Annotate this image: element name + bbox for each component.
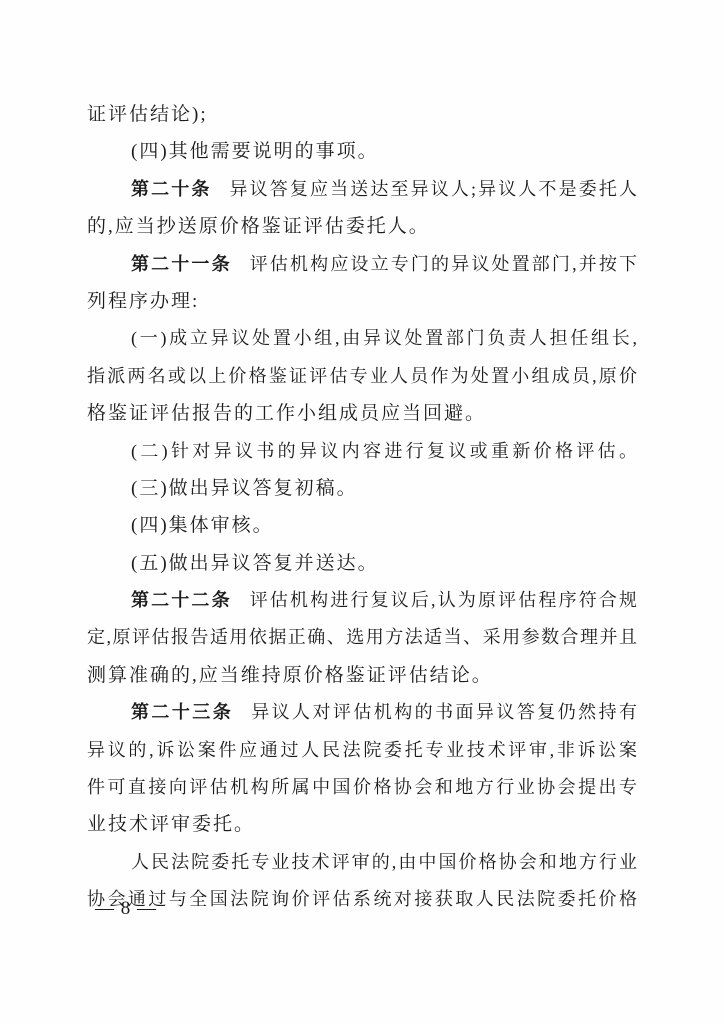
doc-line-text: 异议人对评估机构的书面异议答复仍然持有 (251, 702, 637, 722)
doc-line: 协会通过与全国法院询价评估系统对接获取人民法院委托价格 (87, 881, 637, 918)
doc-line: 证评估结论); (87, 96, 637, 133)
page-number: — 8 — (95, 894, 157, 924)
doc-line: 测算准确的,应当维持原价格鉴证评估结论。 (87, 657, 637, 694)
doc-line: (四)集体审核。 (87, 507, 637, 544)
document-body: 证评估结论); (四)其他需要说明的事项。 第二十条异议答复应当送达至异议人;异… (87, 96, 637, 919)
doc-line-article-20: 第二十条异议答复应当送达至异议人;异议人不是委托人 (87, 171, 637, 208)
document-page: 证评估结论); (四)其他需要说明的事项。 第二十条异议答复应当送达至异议人;异… (0, 0, 724, 1024)
doc-line: (一)成立异议处置小组,由异议处置部门负责人担任组长, (87, 320, 637, 357)
doc-line: (三)做出异议答复初稿。 (87, 470, 637, 507)
article-number: 第二十条 (131, 179, 212, 199)
article-number: 第二十一条 (131, 254, 232, 274)
doc-line: 人民法院委托专业技术评审的,由中国价格协会和地方行业 (87, 844, 637, 881)
doc-line-text: 评估机构进行复议后,认为原评估程序符合规 (250, 590, 637, 610)
doc-line-text: 异议答复应当送达至异议人;异议人不是委托人 (230, 179, 638, 199)
doc-line: (二)针对异议书的异议内容进行复议或重新价格评估。 (87, 433, 637, 470)
article-number: 第二十二条 (131, 590, 232, 610)
doc-line: (四)其他需要说明的事项。 (87, 133, 637, 170)
doc-line-article-23: 第二十三条异议人对评估机构的书面异议答复仍然持有 (87, 694, 637, 731)
doc-line: (五)做出异议答复并送达。 (87, 545, 637, 582)
doc-line: 指派两名或以上价格鉴证评估专业人员作为处置小组成员,原价 (87, 358, 637, 395)
doc-line: 业技术评审委托。 (87, 806, 637, 843)
article-number: 第二十三条 (131, 702, 233, 722)
doc-line: 格鉴证评估报告的工作小组成员应当回避。 (87, 395, 637, 432)
doc-line: 列程序办理: (87, 283, 637, 320)
doc-line: 的,应当抄送原价格鉴证评估委托人。 (87, 208, 637, 245)
doc-line-text: 评估机构应设立专门的异议处置部门,并按下 (250, 254, 637, 274)
doc-line: 异议的,诉讼案件应通过人民法院委托专业技术评审,非诉讼案 (87, 732, 637, 769)
doc-line-article-22: 第二十二条评估机构进行复议后,认为原评估程序符合规 (87, 582, 637, 619)
doc-line-article-21: 第二十一条评估机构应设立专门的异议处置部门,并按下 (87, 246, 637, 283)
doc-line: 件可直接向评估机构所属中国价格协会和地方行业协会提出专 (87, 769, 637, 806)
doc-line: 定,原评估报告适用依据正确、选用方法适当、采用参数合理并且 (87, 619, 637, 656)
